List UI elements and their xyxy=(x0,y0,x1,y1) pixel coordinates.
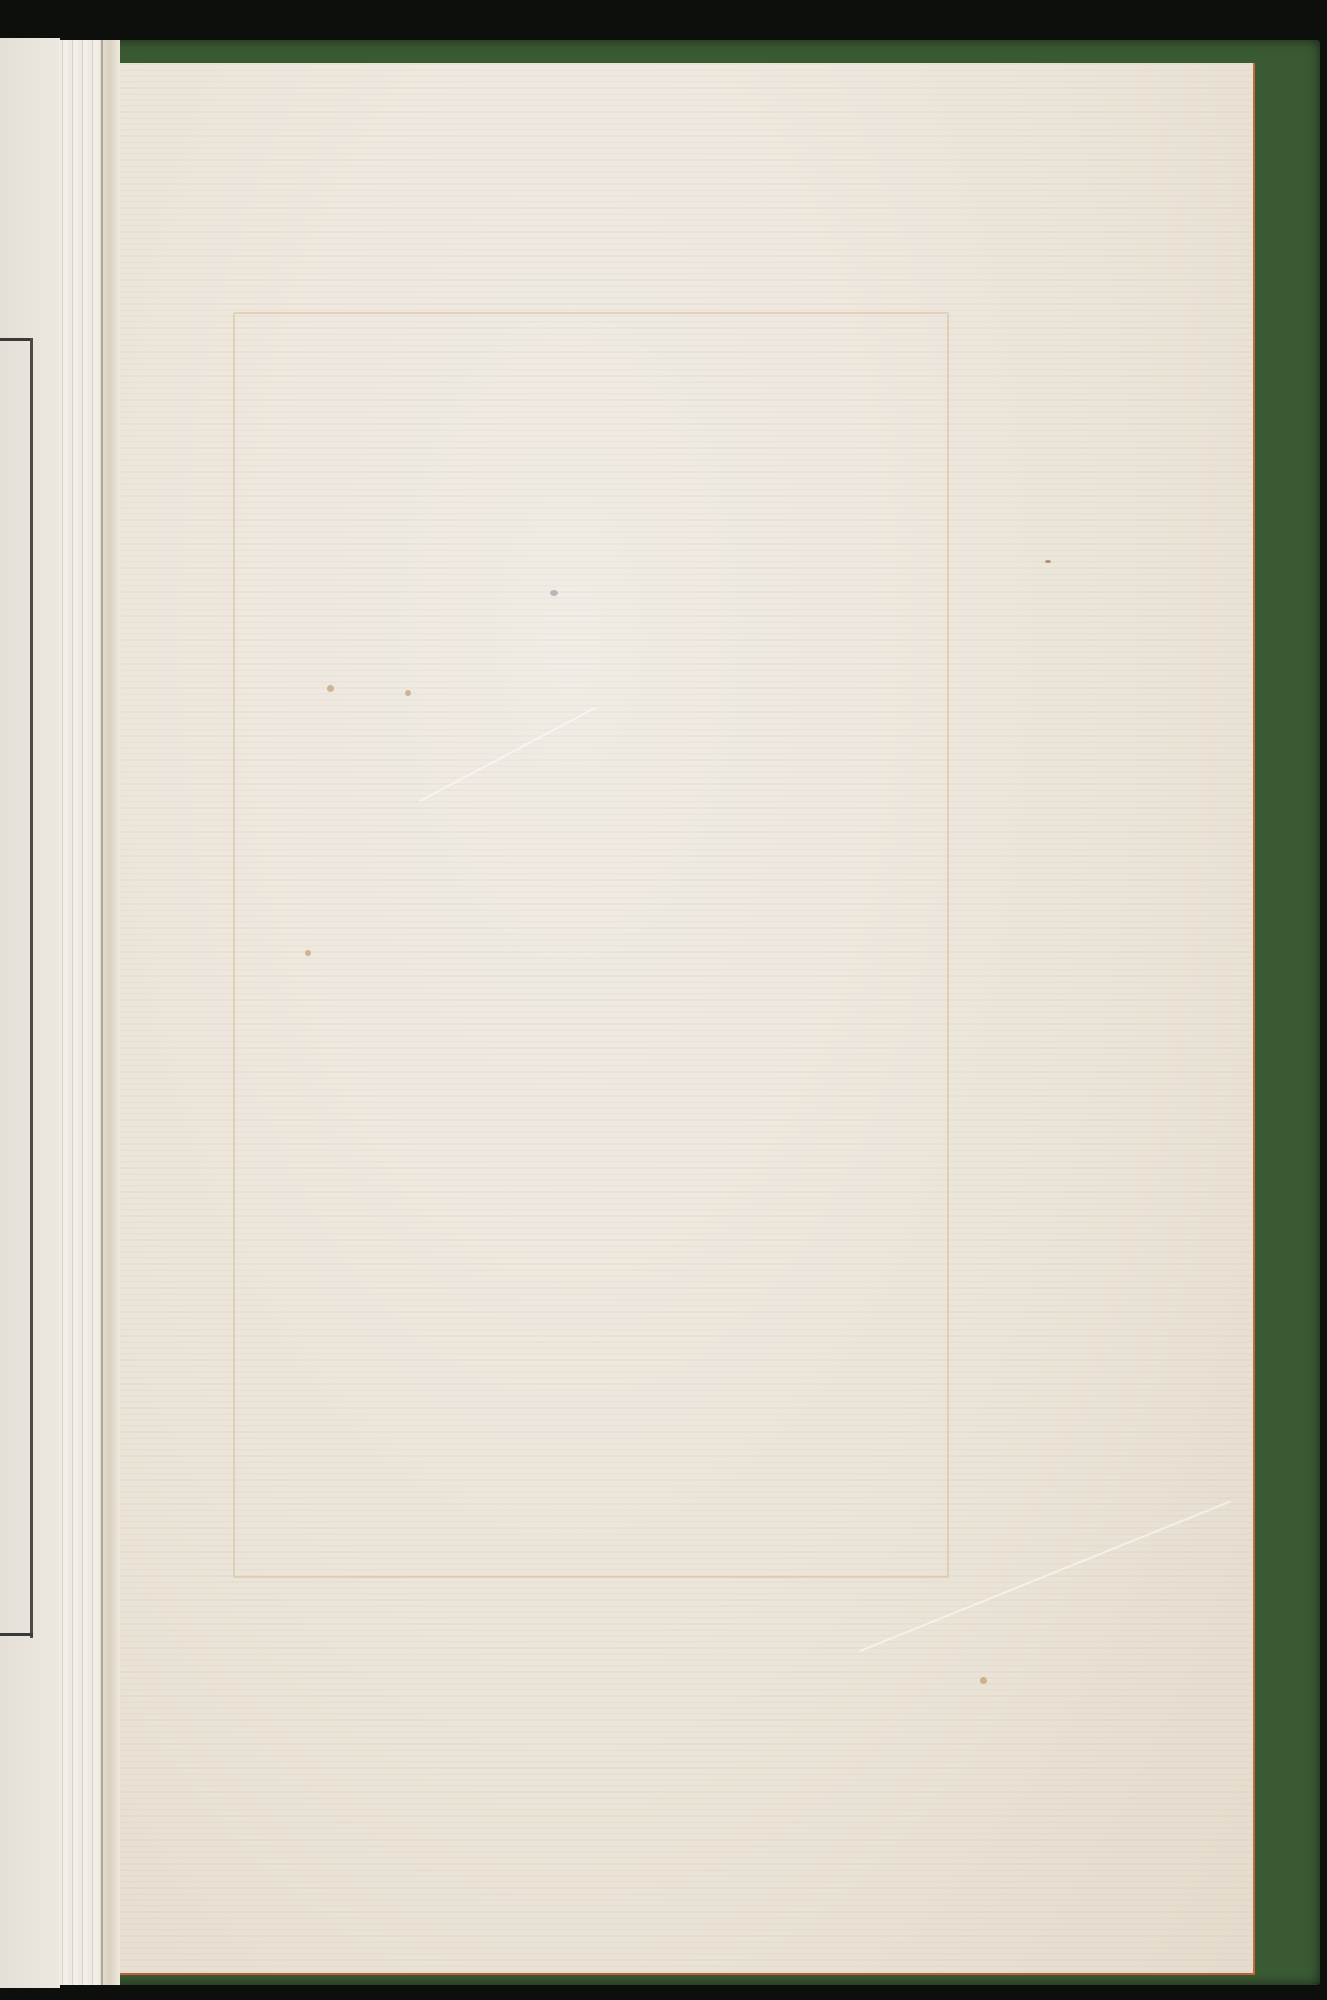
flyleaf-edges xyxy=(58,40,103,1985)
ruled-line xyxy=(30,338,33,1638)
plate-mark xyxy=(233,312,949,1578)
facing-left-page xyxy=(0,38,60,1988)
gutter xyxy=(100,40,120,1985)
foxing-spot xyxy=(327,685,334,692)
foxing-spot xyxy=(980,1677,987,1684)
gutter-crease xyxy=(101,40,103,1985)
foxing-spot xyxy=(550,590,558,596)
foxing-spot xyxy=(405,690,411,696)
foxing-spot xyxy=(305,950,311,956)
foxing-spot xyxy=(1045,560,1051,563)
ruled-line xyxy=(0,338,30,341)
ruled-line xyxy=(0,1633,33,1636)
